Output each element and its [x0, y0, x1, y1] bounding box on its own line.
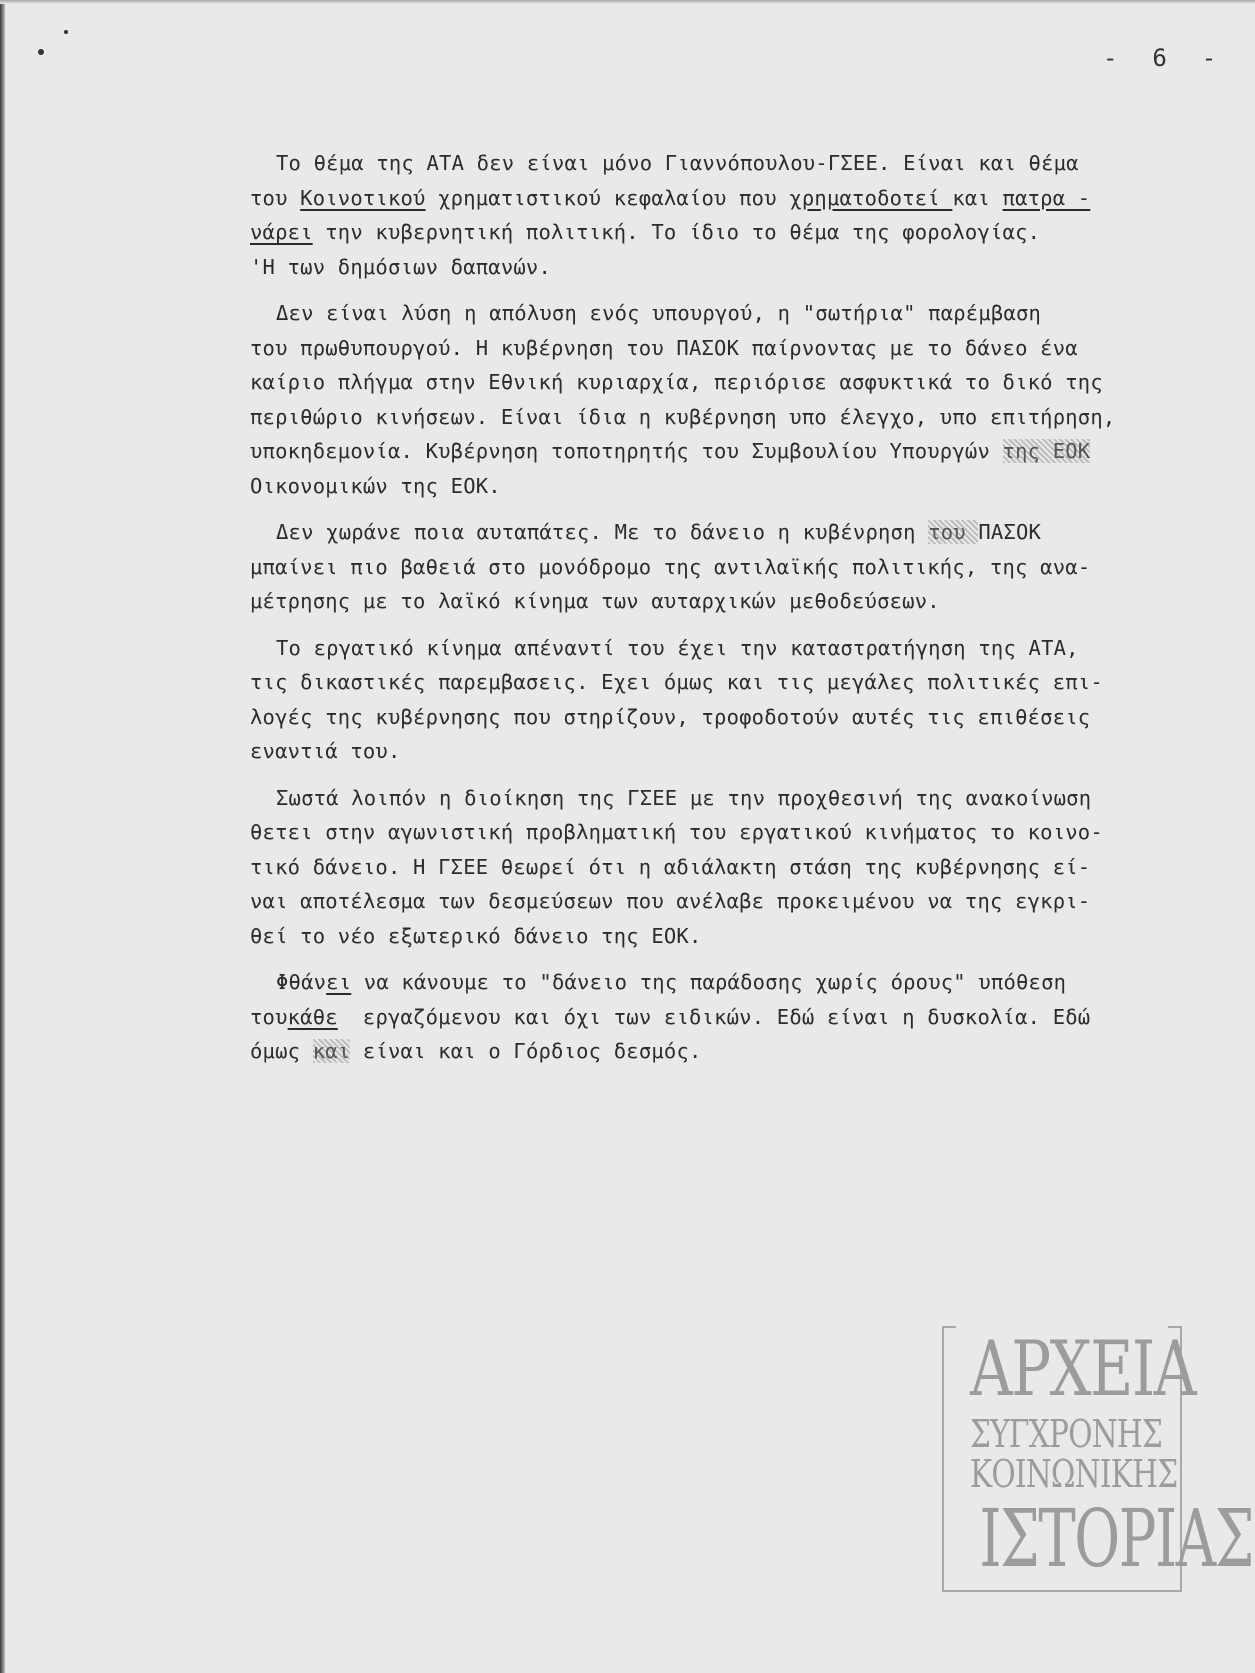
text-line: μπαίνει πιο βαθειά στο μονόδρομο της αντ…	[250, 550, 1250, 585]
ink-speck	[38, 49, 44, 55]
text-segment: Δεν χωράνε ποια αυταπάτες. Με το δάνειο …	[276, 520, 928, 544]
text-segment: χρηματιστικού κεφαλαίου που	[426, 186, 790, 210]
text-segment: εναντιά του.	[250, 739, 401, 763]
text-line: υποκηδεμονία. Κυβέρνηση τοποτηρητής του …	[250, 434, 1250, 469]
text-line: Δεν είναι λύση η απόλυση ενός υπουργού, …	[250, 296, 1250, 331]
text-segment: του πρωθυπουργού. Η κυβέρνηση του ΠΑΣΟΚ …	[250, 336, 1078, 360]
page-edge-shadow	[0, 0, 5, 1673]
text-segment: υποκηδεμονία. Κυβέρνηση τοποτηρητής του …	[250, 439, 1003, 463]
text-segment: να κάνουμε το "δάνειο της παράδοσης χωρί…	[351, 970, 1066, 994]
struck-out-text: του	[928, 520, 978, 544]
stamp-subtitle-3: ΙΣΤΟΡΙΑΣ	[979, 1494, 1144, 1584]
stamp-border	[942, 1326, 956, 1328]
text-line: 'Η των δημόσιων δαπανών.	[250, 250, 1250, 285]
text-segment: ναι αποτέλεσμα των δεσμεύσεων που ανέλαβ…	[250, 889, 1090, 913]
text-line: περιθώριο κινήσεων. Είναι ίδια η κυβέρνη…	[250, 400, 1250, 435]
underlined-text: χρηματοδοτεί	[789, 186, 952, 210]
text-segment: θεί το νέο εξωτερικό δάνειο της ΕΟΚ.	[250, 924, 702, 948]
text-segment: τικό δάνειο. Η ΓΣΕΕ θεωρεί ότι η αδιάλακ…	[250, 855, 1090, 879]
stamp-subtitle-1: ΣΥΓΧΡΟΝΗΣ	[970, 1414, 1154, 1454]
text-line: Το θέμα της ΑΤΑ δεν είναι μόνο Γιαννόπου…	[250, 146, 1250, 181]
text-segment: 'Η των δημόσιων δαπανών.	[250, 255, 551, 279]
text-line: τις δικαστικές παρεμβασεις. Εχει όμως κα…	[250, 665, 1250, 700]
text-segment: Το εργατικό κίνημα απέναντί του έχει την…	[276, 636, 1079, 660]
text-line: Οικονομικών της ΕΟΚ.	[250, 469, 1250, 504]
underlined-text: νάρει	[250, 220, 313, 244]
paragraph: Δεν χωράνε ποια αυταπάτες. Με το δάνειο …	[250, 515, 1250, 619]
document-body: Το θέμα της ΑΤΑ δεν είναι μόνο Γιαννόπου…	[250, 146, 1250, 1081]
text-segment: καίριο πλήγμα στην Εθνική κυριαρχία, περ…	[250, 370, 1103, 394]
text-line: νάρει την κυβερνητική πολιτική. Το ίδιο …	[250, 215, 1250, 250]
text-segment: Σωστά λοιπόν η διοίκηση της ΓΣΕΕ με την …	[276, 786, 1091, 810]
underlined-text: Κοινοτικού	[300, 186, 425, 210]
text-segment: ΠΑΣΟΚ	[978, 520, 1041, 544]
text-line: Σωστά λοιπόν η διοίκηση της ΓΣΕΕ με την …	[250, 781, 1250, 816]
underlined-text: ει	[326, 970, 351, 994]
text-line: του πρωθυπουργού. Η κυβέρνηση του ΠΑΣΟΚ …	[250, 331, 1250, 366]
ink-speck	[64, 30, 68, 34]
page-top-edge	[0, 0, 1255, 4]
text-line: μέτρησης με το λαϊκό κίνημα των αυταρχικ…	[250, 584, 1250, 619]
text-line: καίριο πλήγμα στην Εθνική κυριαρχία, περ…	[250, 365, 1250, 400]
text-segment: όμως	[250, 1039, 313, 1063]
text-line: εναντιά του.	[250, 734, 1250, 769]
text-line: τικό δάνειο. Η ΓΣΕΕ θεωρεί ότι η αδιάλακ…	[250, 850, 1250, 885]
text-line: θετει στην αγωνιστική προβληματική του ε…	[250, 815, 1250, 850]
text-segment: εργαζόμενου και όχι των ειδικών. Εδώ είν…	[338, 1005, 1091, 1029]
text-segment: περιθώριο κινήσεων. Είναι ίδια η κυβέρνη…	[250, 405, 1115, 429]
text-segment: την κυβερνητική πολιτική. Το ίδιο το θέμ…	[313, 220, 1040, 244]
underlined-text: κάθε	[288, 1005, 338, 1029]
text-segment: Το θέμα της ΑΤΑ δεν είναι μόνο Γιαννόπου…	[276, 151, 1079, 175]
text-segment: Οικονομικών της ΕΟΚ.	[250, 474, 501, 498]
text-segment: Δεν είναι λύση η απόλυση ενός υπουργού, …	[276, 301, 1041, 325]
paragraph: Δεν είναι λύση η απόλυση ενός υπουργού, …	[250, 296, 1250, 503]
text-line: Το εργατικό κίνημα απέναντί του έχει την…	[250, 631, 1250, 666]
page-number: - 6 -	[1103, 44, 1218, 72]
text-segment: τις δικαστικές παρεμβασεις. Εχει όμως κα…	[250, 670, 1103, 694]
paragraph: Φθάνει να κάνουμε το "δάνειο της παράδοσ…	[250, 965, 1250, 1069]
paragraph: Το θέμα της ΑΤΑ δεν είναι μόνο Γιαννόπου…	[250, 146, 1250, 284]
text-line: όμως και είναι και ο Γόρδιος δεσμός.	[250, 1034, 1250, 1069]
text-line: λογές της κυβέρνησης που στηρίζουν, τροφ…	[250, 700, 1250, 735]
text-segment: μέτρησης με το λαϊκό κίνημα των αυταρχικ…	[250, 589, 940, 613]
text-line: τουκάθε εργαζόμενου και όχι των ειδικών.…	[250, 1000, 1250, 1035]
underlined-text: πατρα -	[1003, 186, 1091, 210]
text-line: του Κοινοτικού χρηματιστικού κεφαλαίου π…	[250, 181, 1250, 216]
stamp-title: ΑΡΧΕΙΑ	[970, 1328, 1154, 1410]
text-segment: και	[952, 186, 1002, 210]
paragraph: Σωστά λοιπόν η διοίκηση της ΓΣΕΕ με την …	[250, 781, 1250, 954]
text-segment: του	[250, 1005, 288, 1029]
stamp-subtitle-2: ΚΟΙΝΩΝΙΚΗΣ	[970, 1454, 1154, 1494]
paragraph: Το εργατικό κίνημα απέναντί του έχει την…	[250, 631, 1250, 769]
archive-stamp: ΑΡΧΕΙΑ ΣΥΓΧΡΟΝΗΣ ΚΟΙΝΩΝΙΚΗΣ ΙΣΤΟΡΙΑΣ	[942, 1326, 1182, 1592]
text-segment: μπαίνει πιο βαθειά στο μονόδρομο της αντ…	[250, 555, 1090, 579]
text-line: θεί το νέο εξωτερικό δάνειο της ΕΟΚ.	[250, 919, 1250, 954]
struck-out-text: της ΕΟΚ	[1003, 439, 1091, 463]
text-segment: θετει στην αγωνιστική προβληματική του ε…	[250, 820, 1103, 844]
text-segment: Φθάν	[276, 970, 326, 994]
text-line: ναι αποτέλεσμα των δεσμεύσεων που ανέλαβ…	[250, 884, 1250, 919]
text-line: Δεν χωράνε ποια αυταπάτες. Με το δάνειο …	[250, 515, 1250, 550]
text-line: Φθάνει να κάνουμε το "δάνειο της παράδοσ…	[250, 965, 1250, 1000]
text-segment: του	[250, 186, 300, 210]
text-segment: λογές της κυβέρνησης που στηρίζουν, τροφ…	[250, 705, 1090, 729]
text-segment: είναι και ο Γόρδιος δεσμός.	[350, 1039, 701, 1063]
struck-out-text: και	[313, 1039, 351, 1063]
